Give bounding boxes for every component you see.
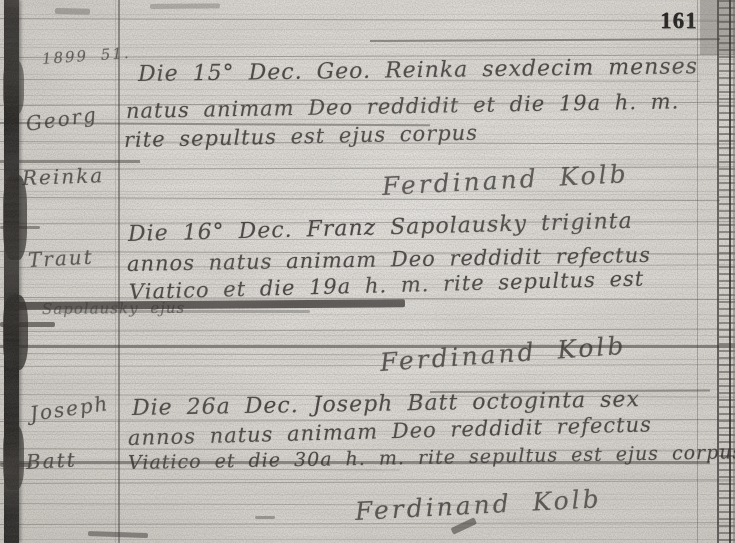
margin-rule-line [115,0,116,543]
ink-smudge [55,8,90,15]
margin-name: Batt [25,447,77,474]
ruled-line [0,18,735,22]
binding-shadow-blob [3,60,24,115]
year-annotation: 1899 51. [41,44,131,68]
binding-shadow-blob [3,295,28,370]
ink-smudge [88,531,148,538]
struck-out-note: Sapolausky ejus [42,299,185,318]
priest-signature: Ferdinand Kolb [381,159,629,201]
margin-name: Joseph [28,391,110,426]
record-text-line: Die 16° Dec. Franz Sapolausky triginta [128,209,633,247]
corner-shade [700,0,735,55]
ink-smudge [0,226,40,229]
binding-edge [4,0,19,543]
scanned-register-page: 161 1899 51. Georg Reinka Die 15° Dec. G… [0,0,735,543]
ruled-line [370,38,720,42]
record-text-line: rite sepultus est ejus corpus [124,121,478,152]
ruled-line [0,364,735,367]
binding-shadow-blob [3,425,24,490]
margin-name: Reinka [22,163,105,190]
margin-rule-line [118,0,120,543]
ink-smudge [150,3,220,9]
page-number: 161 [660,8,698,34]
ruled-line [0,480,735,484]
margin-name: Traut [27,245,94,272]
ink-smudge [255,516,275,519]
ruled-line [0,197,720,201]
ink-smudge [0,322,55,327]
margin-name: Georg [24,102,99,136]
priest-signature: Ferdinand Kolb [354,484,602,526]
priest-signature: Ferdinand Kolb [379,331,627,377]
record-text-line: Die 15° Dec. Geo. Reinka sexdecim menses [138,54,698,87]
ink-stub [0,160,140,163]
record-text-line: natus animam Deo reddidit et die 19a h. … [126,89,680,123]
